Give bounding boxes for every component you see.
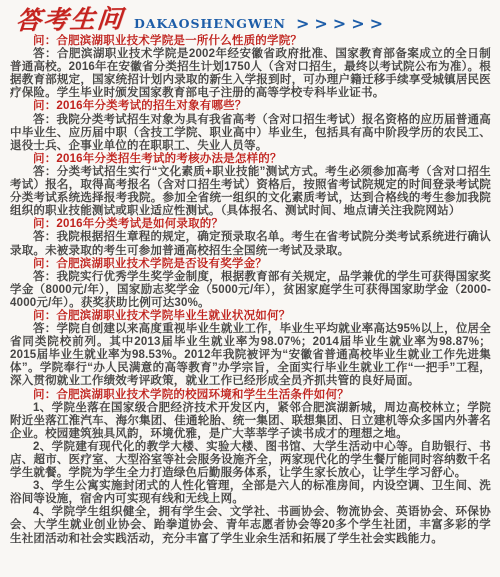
answer-paragraph: 答：学院自创建以来高度重视毕业生就业工作，毕业生平均就业率高达95%以上，位居全… [10,323,491,388]
qa-block: 问：合肥滨湖职业技术学院的校园环境和学生生活条件如何？ 1、学院坐落在国家级合肥… [10,389,491,546]
answer-paragraph: 答：我院根据招生章程的规定，确定预录取名单。考生在省考试院分类考试系统进行确认录… [10,231,491,257]
question-line: 问：合肥滨湖职业技术学院毕业生就业状况如何？ [10,310,491,323]
question-line: 问：合肥滨湖职业技术学院是否设有奖学金？ [10,258,491,271]
masthead: 答考生问 DAKAOSHENGWEN >>>>> [16,5,491,33]
answer-paragraph: 4、学院学生组织健全，拥有学生会、文学社、书画协会、物流协会、英语协会、环保协会… [10,506,491,545]
question-line: 问：2016年分类考试是如何录取的？ [10,218,491,231]
answer-paragraph: 答：我院实行优秀学生奖学金制度，根据教育部有关规定，品学兼优的学生可获得国家奖学… [10,271,491,310]
admissions-qa-flyer: 答考生问 DAKAOSHENGWEN >>>>> 问：合肥滨湖职业技术学院是一所… [0,0,500,577]
question-line: 问：合肥滨湖职业技术学院是一所什么性质的学院？ [10,35,491,48]
answer-paragraph: 答：我院分类考试招生对象为具有我省高考（含对口招生考试）报名资格的应历届普通高中… [10,114,491,153]
question-line: 问：合肥滨湖职业技术学院的校园环境和学生生活条件如何？ [10,389,491,402]
answer-paragraph: 1、学院坐落在国家级合肥经济技术开发区内，紧邻合肥滨湖新城，周边高校林立；学院附… [10,402,491,441]
chevrons-right-icon: >>>>> [296,16,388,33]
qa-block: 问：合肥滨湖职业技术学院是一所什么性质的学院？ 答：合肥滨湖职业技术学院是200… [10,35,491,100]
answer-paragraph: 3、学生公寓实施封闭式的人性化管理，全部是六人的标准房间，内设空调、卫生间、洗浴… [10,480,491,506]
qa-block: 问：2016年分类考试的招生对象有哪些？ 答：我院分类考试招生对象为具有我省高考… [10,100,491,152]
masthead-title-pinyin: DAKAOSHENGWEN [134,17,286,33]
answer-paragraph: 答：合肥滨湖职业技术学院是2002年经安徽省政府批准、国家教育部备案成立的全日制… [10,48,491,100]
qa-block: 问：2016年分类考试是如何录取的？ 答：我院根据招生章程的规定，确定预录取名单… [10,218,491,257]
answer-paragraph: 答：分类考试招生实行“文化素质+职业技能”测试方式。考生必须参加高考（含对口招生… [10,166,491,218]
qa-block: 问：合肥滨湖职业技术学院毕业生就业状况如何？ 答：学院自创建以来高度重视毕业生就… [10,310,491,389]
question-line: 问：2016年分类招生考试的考核办法是怎样的？ [10,153,491,166]
masthead-title-calligraphy: 答考生问 [15,6,125,34]
qa-list: 问：合肥滨湖职业技术学院是一所什么性质的学院？ 答：合肥滨湖职业技术学院是200… [10,35,491,546]
qa-block: 问：合肥滨湖职业技术学院是否设有奖学金？ 答：我院实行优秀学生奖学金制度，根据教… [10,258,491,310]
qa-block: 问：2016年分类招生考试的考核办法是怎样的？ 答：分类考试招生实行“文化素质+… [10,153,491,218]
question-line: 问：2016年分类考试的招生对象有哪些？ [10,100,491,113]
answer-paragraph: 2、学院建有现代化的教学大楼、实验大楼、图书馆、大学生活动中心等。自助银行、书店… [10,441,491,480]
